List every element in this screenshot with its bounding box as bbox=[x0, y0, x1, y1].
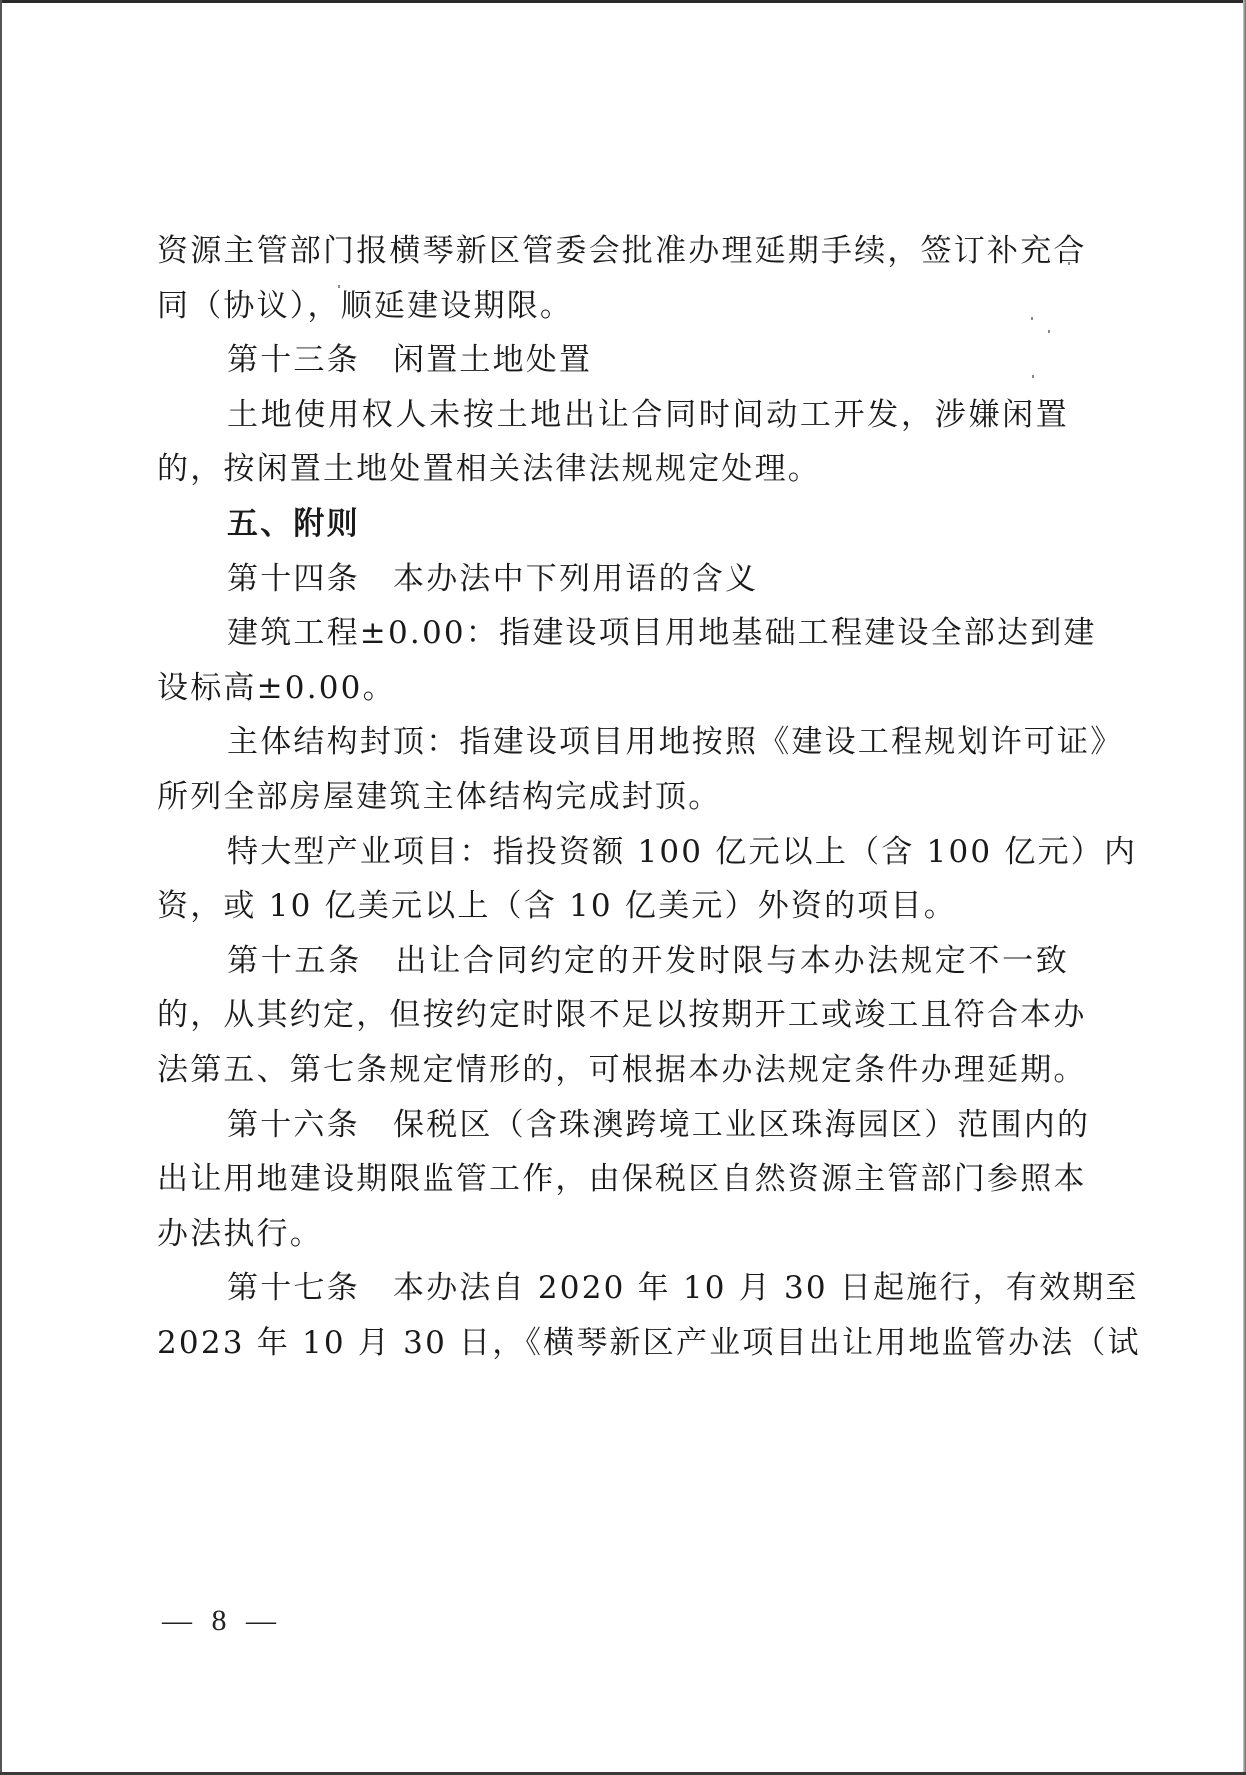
text-line: 主体结构封顶：指建设项目用地按照《建设工程规划许可证》 bbox=[157, 715, 1069, 770]
page-number: — 8 — bbox=[162, 1604, 282, 1638]
article-14-title: 第十四条 本办法中下列用语的含义 bbox=[157, 552, 1069, 607]
scan-speck bbox=[338, 285, 340, 288]
scan-edge-left bbox=[0, 0, 2, 1775]
text-line: 设标高±0.00。 bbox=[157, 661, 1069, 716]
scan-edge-top bbox=[0, 0, 1246, 3]
text-line: 出让用地建设期限监管工作，由保税区自然资源主管部门参照本 bbox=[157, 1152, 1069, 1207]
article-17-title: 第十七条 本办法自 2020 年 10 月 30 日起施行，有效期至 bbox=[157, 1261, 1069, 1316]
text-line: 2023 年 10 月 30 日，《横琴新区产业项目出让用地监管办法（试 bbox=[157, 1316, 1069, 1371]
text-line: 特大型产业项目：指投资额 100 亿元以上（含 100 亿元）内 bbox=[157, 825, 1069, 880]
article-16-title: 第十六条 保税区（含珠澳跨境工业区珠海园区）范围内的 bbox=[157, 1098, 1069, 1153]
text-line: 资源主管部门报横琴新区管委会批准办理延期手续，签订补充合 bbox=[157, 224, 1069, 279]
text-line: 资，或 10 亿美元以上（含 10 亿美元）外资的项目。 bbox=[157, 879, 1069, 934]
document-body: 资源主管部门报横琴新区管委会批准办理延期手续，签订补充合 同（协议），顺延建设期… bbox=[157, 224, 1069, 1370]
text-line: 的，按闲置土地处置相关法律法规规定处理。 bbox=[157, 442, 1069, 497]
scan-speck bbox=[1068, 262, 1070, 265]
text-line: 的，从其约定，但按约定时限不足以按期开工或竣工且符合本办 bbox=[157, 988, 1069, 1043]
text-line: 所列全部房屋建筑主体结构完成封顶。 bbox=[157, 770, 1069, 825]
scan-speck bbox=[1048, 330, 1050, 333]
article-15-title: 第十五条 出让合同约定的开发时限与本办法规定不一致 bbox=[157, 934, 1069, 989]
section-heading-supplementary: 五、附则 bbox=[157, 497, 1069, 552]
text-line: 建筑工程±0.00：指建设项目用地基础工程建设全部达到建 bbox=[157, 606, 1069, 661]
text-line: 同（协议），顺延建设期限。 bbox=[157, 279, 1069, 334]
scan-speck bbox=[1032, 375, 1034, 378]
text-line: 土地使用权人未按土地出让合同时间动工开发，涉嫌闲置 bbox=[157, 388, 1069, 443]
text-line: 办法执行。 bbox=[157, 1207, 1069, 1262]
scan-speck bbox=[1031, 317, 1033, 320]
text-line: 法第五、第七条规定情形的，可根据本办法规定条件办理延期。 bbox=[157, 1043, 1069, 1098]
article-13-title: 第十三条 闲置土地处置 bbox=[157, 333, 1069, 388]
